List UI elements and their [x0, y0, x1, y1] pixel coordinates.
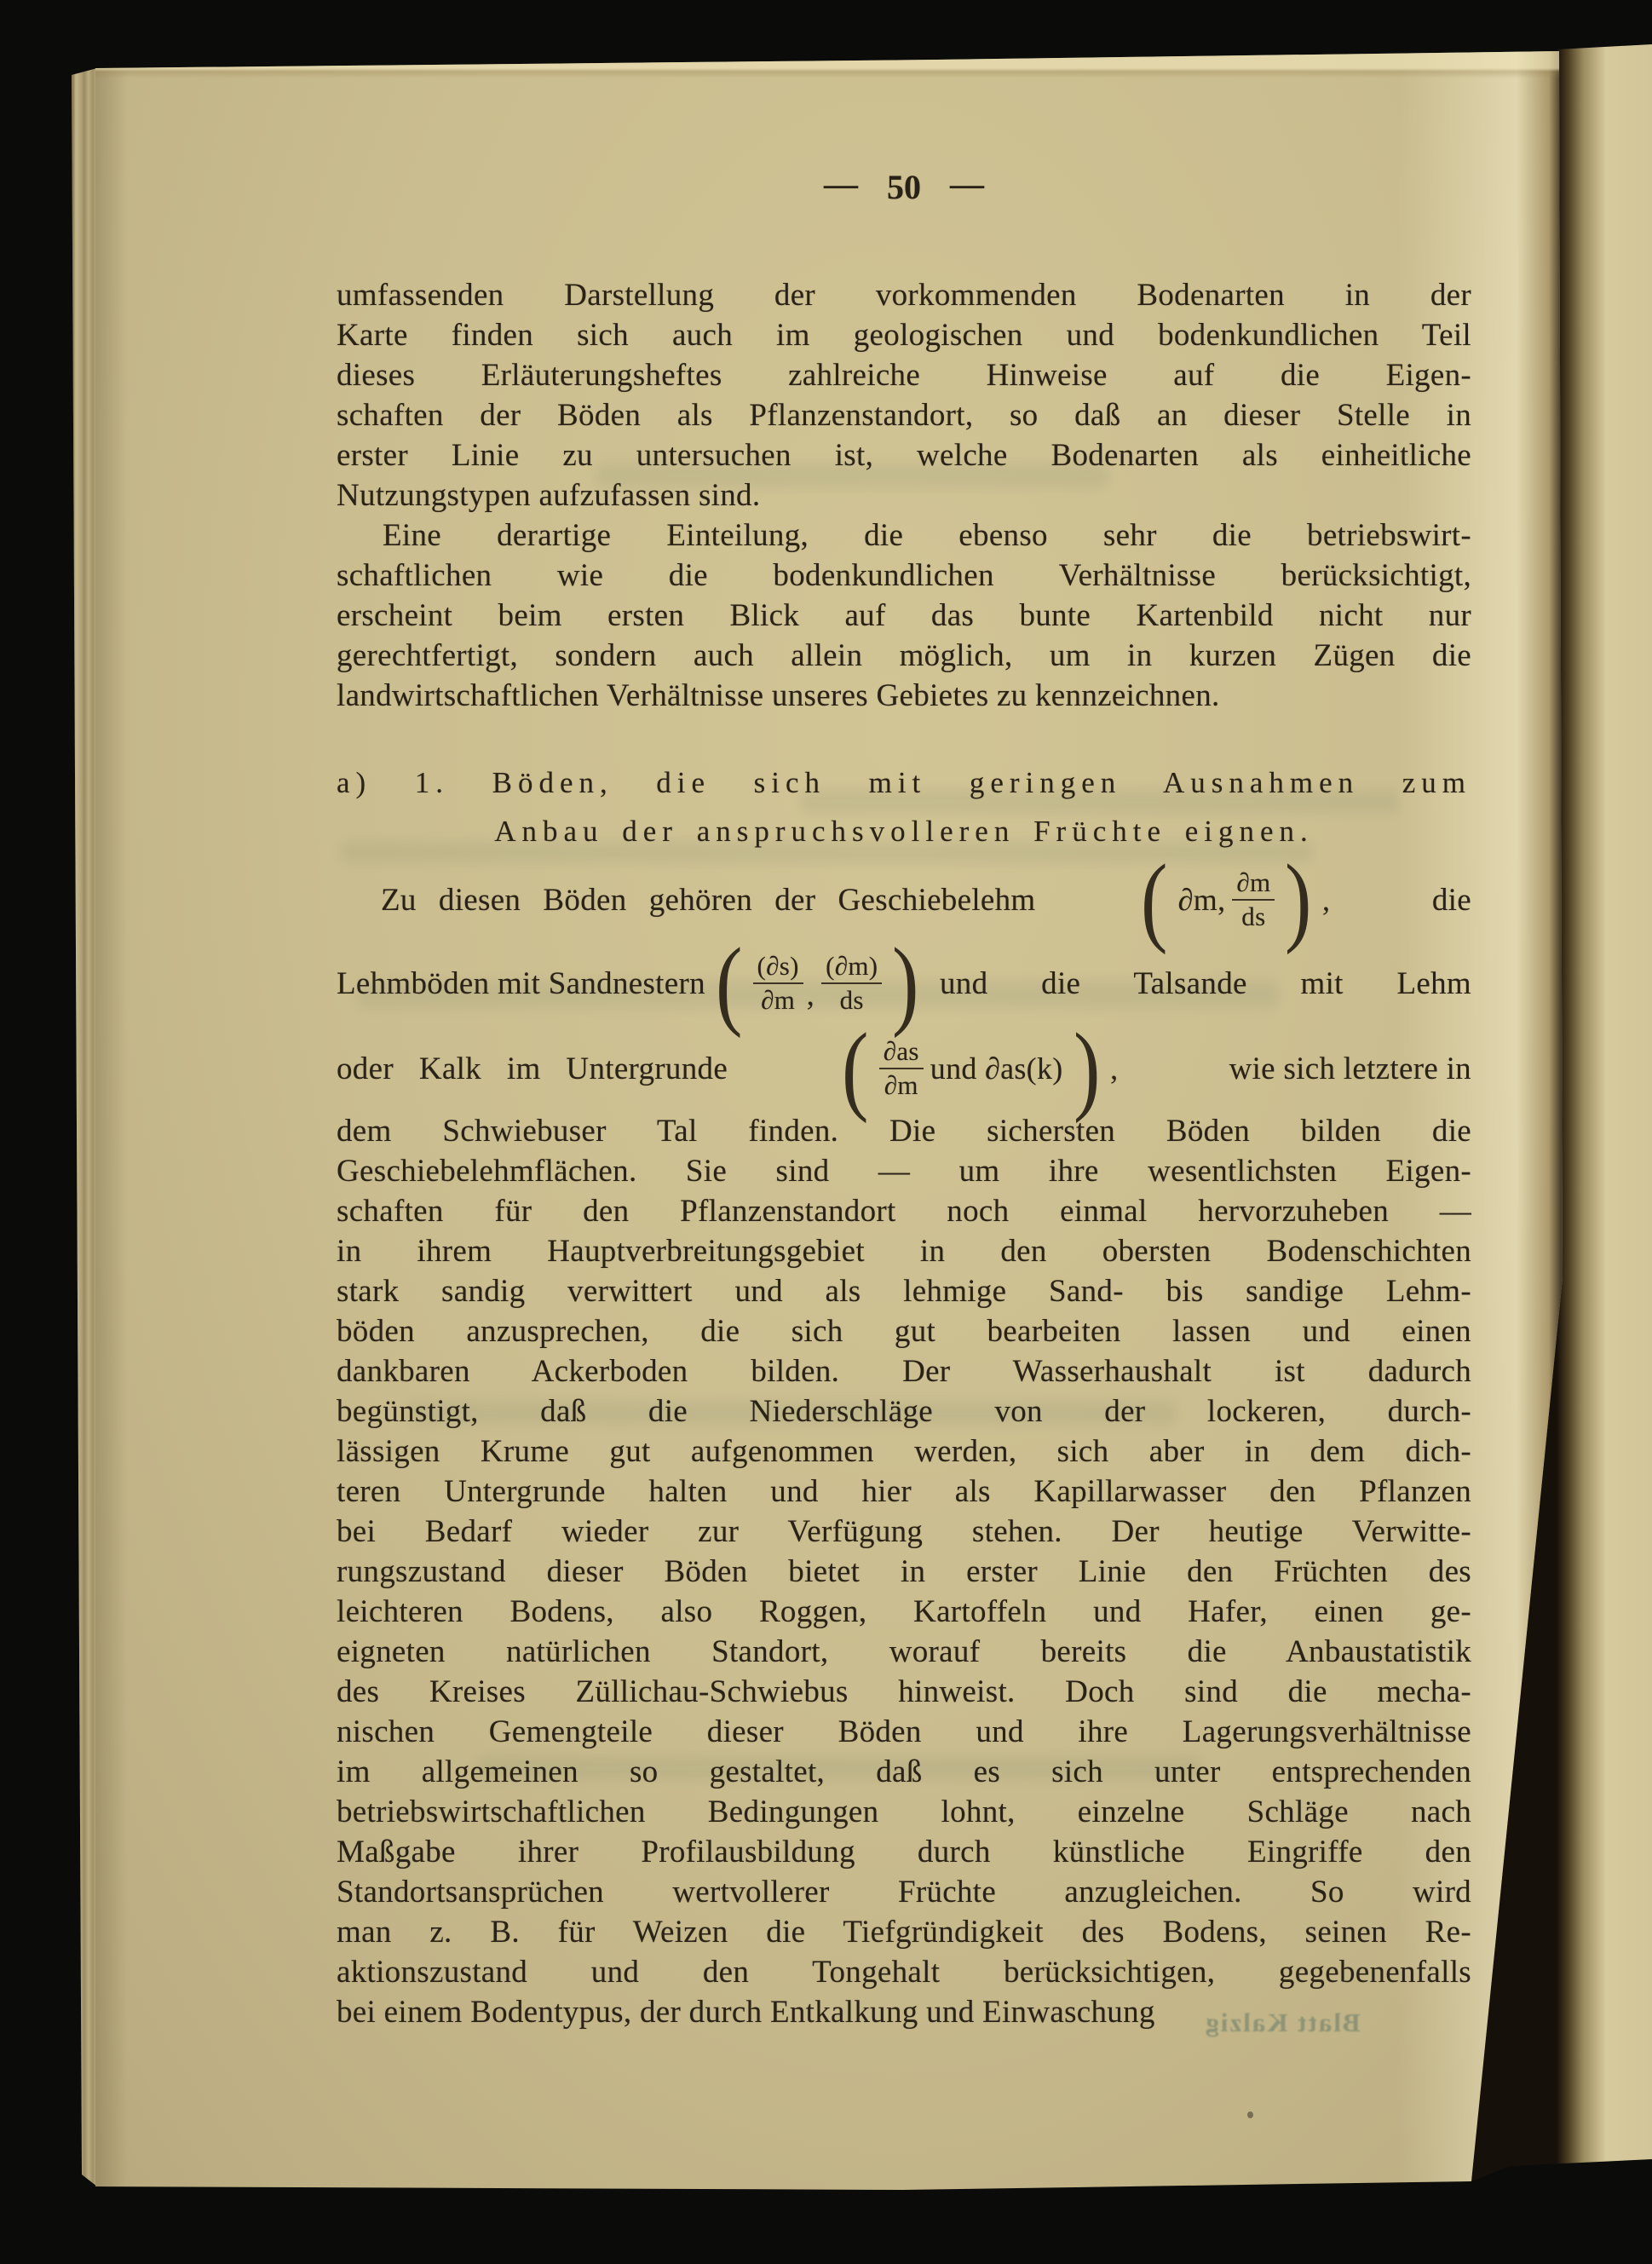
formula-term: ∂m,	[1178, 880, 1226, 920]
text-line: dem Schwiebuser Tal finden. Die sicherst…	[337, 1111, 1471, 1151]
page-number-dash-right: —	[950, 164, 984, 204]
text-line: landwirtschaftlichen Verhältnisse unsere…	[337, 676, 1471, 716]
page-number-row: —50—	[337, 167, 1471, 207]
formula-text: wie sich letztere in	[1229, 1049, 1471, 1089]
text-line: erscheint beim ersten Blick auf das bunt…	[337, 596, 1471, 636]
page-number: 50	[887, 168, 921, 206]
text-line: schaften der Böden als Pflanzenstandort,…	[337, 395, 1471, 435]
formula-expression: ( ∂as ∂m und ∂as(k) ) ,	[838, 1037, 1118, 1100]
text-line: eigneten natürlichen Standort, worauf be…	[337, 1632, 1471, 1672]
ink-speck	[1247, 2111, 1253, 2118]
fraction-denominator: ∂m	[761, 984, 795, 1016]
text-line: Nutzungstypen aufzufassen sind.	[337, 475, 1471, 516]
formula-expression: ( ∂m, ∂m ds ) ,	[1137, 868, 1330, 931]
section-heading-line: a) 1. Böden, die sich mit geringen Ausna…	[337, 758, 1471, 807]
formula-comma: ,	[1322, 880, 1330, 920]
text-line: umfassenden Darstellung der vorkommenden…	[337, 275, 1471, 315]
formula-comma: ,	[1110, 1049, 1118, 1089]
text-line: im allgemeinen so gestaltet, daß es sich…	[337, 1752, 1471, 1792]
text-line: nischen Gemengteile dieser Böden und ihr…	[337, 1712, 1471, 1752]
fraction-denominator: ds	[840, 984, 864, 1016]
fraction-numerator: ∂m	[1232, 868, 1275, 901]
text-line: Eine derartige Einteilung, die ebenso se…	[337, 516, 1471, 556]
text-line: Maßgabe ihrer Profilausbildung durch kün…	[337, 1832, 1471, 1872]
fraction: (∂s) ∂m	[753, 952, 803, 1015]
fraction: (∂m) ds	[821, 952, 882, 1015]
text-line: Standortsansprüchen wertvollerer Früchte…	[337, 1872, 1471, 1912]
formula-text: oder Kalk im Untergrunde	[337, 1049, 728, 1089]
formula-text: die	[1432, 880, 1471, 920]
formula-text: Lehmböden mit Sandnestern	[337, 964, 705, 1004]
text-line: des Kreises Züllichau-Schwiebus hinweist…	[337, 1672, 1471, 1712]
text-line: erster Linie zu untersuchen ist, welche …	[337, 435, 1471, 475]
text-line: leichteren Bodens, also Roggen, Kartoffe…	[337, 1592, 1471, 1632]
text-line: dieses Erläuterungsheftes zahlreiche Hin…	[337, 355, 1471, 395]
fraction: ∂as ∂m	[879, 1037, 924, 1100]
paragraph: umfassenden Darstellung der vorkommenden…	[337, 275, 1471, 516]
formula-text: Zu diesen Böden gehören der Geschiebeleh…	[337, 880, 1036, 920]
fraction-denominator: ∂m	[884, 1069, 918, 1101]
text-line: dankbaren Ackerboden bilden. Der Wasserh…	[337, 1351, 1471, 1391]
text-line: lässigen Krume gut aufgenommen werden, s…	[337, 1432, 1471, 1472]
book-scan-page: Blatt Kalzig —50— umfassenden Darstellun…	[0, 0, 1652, 2264]
page-number-dash-left: —	[824, 164, 858, 204]
text-line: bei einem Bodentypus, der durch Entkalku…	[337, 1992, 1471, 2032]
text-line: betriebswirtschaftlichen Bedingungen loh…	[337, 1792, 1471, 1832]
text-line: Geschiebelehmflächen. Sie sind — um ihre…	[337, 1151, 1471, 1191]
text-line: böden anzusprechen, die sich gut bearbei…	[337, 1311, 1471, 1351]
fraction-numerator: ∂as	[879, 1037, 924, 1069]
formula-expression: Lehmböden mit Sandnestern ( (∂s) ∂m , (∂…	[337, 952, 923, 1015]
fraction-denominator: ds	[1241, 901, 1265, 932]
formula-comma: ,	[807, 975, 814, 1015]
text-line: rungszustand dieser Böden bietet in erst…	[337, 1552, 1471, 1592]
text-line: gerechtfertigt, sondern auch allein mögl…	[337, 636, 1471, 676]
paragraph: Eine derartige Einteilung, die ebenso se…	[337, 516, 1471, 716]
text-line: schaftlichen wie die bodenkundlichen Ver…	[337, 556, 1471, 596]
fraction-numerator: (∂s)	[753, 952, 803, 984]
text-line: Karte finden sich auch im geologischen u…	[337, 315, 1471, 355]
text-line: begünstigt, daß die Niederschläge von de…	[337, 1391, 1471, 1432]
formula-text: und die Talsande mit Lehm	[940, 964, 1471, 1004]
formula-term: und ∂as(k)	[930, 1049, 1063, 1089]
text-line: stark sandig verwittert und als lehmige …	[337, 1271, 1471, 1311]
text-line: aktionszustand und den Tongehalt berücks…	[337, 1952, 1471, 1992]
section-heading: a) 1. Böden, die sich mit geringen Ausna…	[337, 758, 1471, 855]
text-column: umfassenden Darstellung der vorkommenden…	[337, 275, 1471, 2032]
fraction: ∂m ds	[1232, 868, 1275, 931]
text-line: schaften für den Pflanzenstandort noch e…	[337, 1191, 1471, 1231]
text-line: in ihrem Hauptverbreitungsgebiet in den …	[337, 1231, 1471, 1271]
text-line: man z. B. für Weizen die Tiefgründigkeit…	[337, 1912, 1471, 1952]
text-line: teren Untergrunde halten und hier als Ka…	[337, 1472, 1471, 1512]
paragraph: dem Schwiebuser Tal finden. Die sicherst…	[337, 1111, 1471, 2032]
text-line: bei Bedarf wieder zur Verfügung stehen. …	[337, 1512, 1471, 1552]
formula-line: oder Kalk im Untergrunde ( ∂as ∂m und ∂a…	[337, 1026, 1471, 1111]
fraction-numerator: (∂m)	[821, 952, 882, 984]
